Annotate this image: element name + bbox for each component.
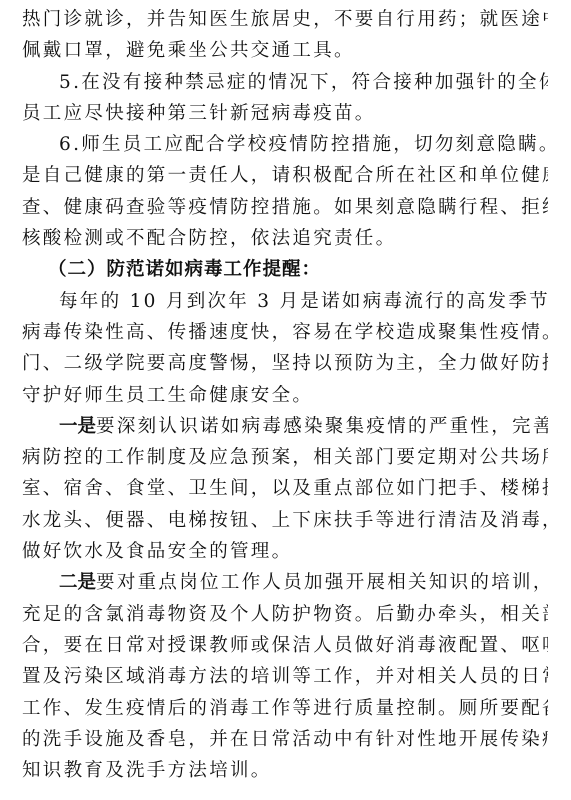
paragraph-lead: 一是: [59, 416, 96, 437]
paragraph-lead: 二是: [59, 572, 96, 593]
document-page: 热门诊就诊，并告知医生旅居史，不要自行用药；就医途中全程 佩戴口罩，避免乘坐公共…: [22, 4, 548, 786]
text-line: 的洗手设施及香皂，并在日常活动中有针对性地开展传染病防控: [22, 724, 548, 755]
text-line: 合，要在日常对授课教师或保洁人员做好消毒液配置、呕吐物处: [22, 630, 548, 661]
text-line: 充足的含氯消毒物资及个人防护物资。后勤办牵头，相关部门配: [22, 599, 548, 630]
text-line: 员工应尽快接种第三针新冠病毒疫苗。: [22, 98, 548, 129]
text-line: 做好饮水及食品安全的管理。: [22, 536, 548, 567]
text-line: 置及污染区域消毒方法的培训等工作，并对相关人员的日常消毒: [22, 661, 548, 692]
text-line: 工作、发生疫情后的消毒工作等进行质量控制。厕所要配备足够: [22, 693, 548, 724]
text-line: 6.师生员工应配合学校疫情防控措施，切勿刻意隐瞒。每人: [22, 129, 548, 160]
text-line: 每年的 10 月到次年 3 月是诺如病毒流行的高发季节，诺如: [22, 286, 548, 317]
text-line: 守护好师生员工生命健康安全。: [22, 380, 548, 411]
text-line: 门、二级学院要高度警惕，坚持以预防为主，全力做好防控工作，: [22, 348, 548, 379]
text-line: 热门诊就诊，并告知医生旅居史，不要自行用药；就医途中全程: [22, 4, 548, 35]
text-line: 一是要深刻认识诺如病毒感染聚集疫情的严重性，完善传染: [22, 411, 548, 442]
text-line: 二是要对重点岗位工作人员加强开展相关知识的培训，配备: [22, 567, 548, 598]
text-line: 是自己健康的第一责任人，请积极配合所在社区和单位健康排: [22, 160, 548, 191]
text-span: 要深刻认识诺如病毒感染聚集疫情的严重性，完善传染: [96, 416, 548, 437]
text-line: 病毒传染性高、传播速度快，容易在学校造成聚集性疫情。各部: [22, 317, 548, 348]
text-line: 5.在没有接种禁忌症的情况下，符合接种加强针的全体师生: [22, 67, 548, 98]
text-span: 要对重点岗位工作人员加强开展相关知识的培训，配备: [96, 572, 548, 593]
section-heading: （二）防范诺如病毒工作提醒：: [22, 254, 548, 285]
text-line: 知识教育及洗手方法培训。: [22, 755, 548, 786]
text-line: 查、健康码查验等疫情防控措施。如果刻意隐瞒行程、拒绝接受: [22, 192, 548, 223]
text-line: 水龙头、便器、电梯按钮、上下床扶手等进行清洁及消毒，同时: [22, 505, 548, 536]
text-line: 佩戴口罩，避免乘坐公共交通工具。: [22, 35, 548, 66]
text-line: 核酸检测或不配合防控，依法追究责任。: [22, 223, 548, 254]
text-line: 病防控的工作制度及应急预案，相关部门要定期对公共场所如教: [22, 442, 548, 473]
text-line: 室、宿舍、食堂、卫生间，以及重点部位如门把手、楼梯扶手、: [22, 473, 548, 504]
